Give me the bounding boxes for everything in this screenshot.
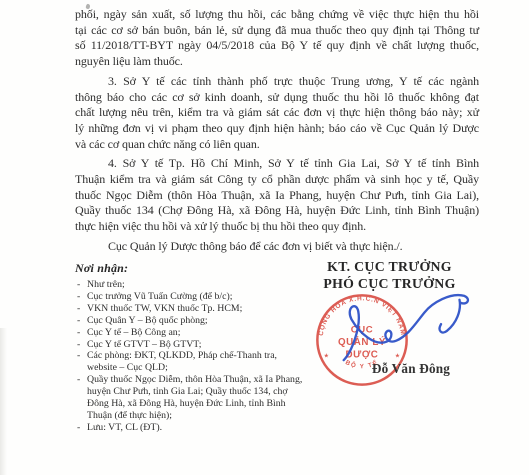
- recipient-item: -Cục Y tế – Bộ Công an;: [75, 327, 307, 339]
- bullet-dash: -: [77, 339, 80, 351]
- body-line: Thuận kiểm tra và giám sát Công ty cổ ph…: [75, 172, 479, 188]
- bullet-dash: -: [77, 315, 80, 327]
- recipient-text: Các phòng: ĐKT, QLKDD, Pháp chế-Thanh tr…: [87, 350, 277, 373]
- stamp-star-left-icon: ★: [324, 352, 330, 359]
- body-line: nguyên liệu làm thuốc.: [75, 54, 479, 70]
- body-line: lý những đơn vị vi phạm theo quy định hi…: [75, 121, 479, 137]
- recipient-item: -Quầy thuốc Ngọc Diễm, thôn Hòa Thuận, x…: [75, 374, 307, 422]
- recipient-item: -Cục trưởng Vũ Tuấn Cường (để b/c);: [75, 291, 307, 303]
- recipient-text: Cục trưởng Vũ Tuấn Cường (để b/c);: [87, 291, 232, 302]
- paragraph-item-3: 3. Sở Y tế các tỉnh thành phố trực thuộc…: [75, 74, 479, 153]
- body-line: thông báo cho các cơ sở kinh doanh, sử d…: [75, 90, 479, 106]
- body-line: 3. Sở Y tế các tỉnh thành phố trực thuộc…: [75, 74, 479, 90]
- recipient-item: -Cục Quân Y – Bộ quốc phòng;: [75, 315, 307, 327]
- closing-paragraph: Cục Quản lý Dược thông báo để các đơn vị…: [75, 239, 479, 255]
- body-line: chất lượng nêu trên, kiểm tra và giám sá…: [75, 105, 479, 121]
- recipient-item: -Cục Y tế GTVT – Bộ GTVT;: [75, 339, 307, 351]
- recipient-text: Cục Y tế – Bộ Công an;: [87, 327, 180, 338]
- recipient-item: -Lưu: VT, CL (ĐT).: [75, 422, 307, 434]
- body-line: Cục Quản lý Dược thông báo để các đơn vị…: [75, 239, 479, 255]
- recipient-text: VKN thuốc TW, VKN thuốc Tp. HCM;: [87, 303, 242, 314]
- recipients-block: Nơi nhận: -Như trên; -Cục trưởng Vũ Tuấn…: [75, 261, 307, 434]
- paragraph-item-4: 4. Sở Y tế Tp. Hồ Chí Minh, Sở Y tế tỉnh…: [75, 156, 479, 235]
- body-line: số 11/2018/TT-BYT ngày 04/5/2018 của Bộ …: [75, 38, 479, 54]
- body-line: thuốc Ngọc Diễm (thôn Hòa Thuận, xã Ia P…: [75, 188, 479, 204]
- signer-name: Đỗ Văn Đông: [347, 361, 475, 377]
- bullet-dash: -: [77, 291, 80, 303]
- recipient-item: -VKN thuốc TW, VKN thuốc Tp. HCM;: [75, 303, 307, 315]
- recipient-text: Quầy thuốc Ngọc Diễm, thôn Hòa Thuận, xã…: [87, 374, 302, 421]
- scan-edge-artifact: [0, 328, 7, 475]
- bullet-dash: -: [77, 303, 80, 315]
- recipient-text: Lưu: VT, CL (ĐT).: [87, 422, 162, 433]
- signature-stroke: [344, 295, 468, 360]
- signer-title-line1: KT. CỤC TRƯỞNG: [312, 259, 467, 276]
- document-body: phối, ngày sản xuất, số lượng thu hồi, c…: [75, 7, 479, 259]
- body-line: Quầy thuốc 134 (Chợ Đông Hà, xã Đông Hà,…: [75, 203, 479, 219]
- recipients-list: -Như trên; -Cục trưởng Vũ Tuấn Cường (để…: [75, 279, 307, 434]
- body-line: phối, ngày sản xuất, số lượng thu hồi, c…: [75, 7, 479, 23]
- paragraph-continuation: phối, ngày sản xuất, số lượng thu hồi, c…: [75, 7, 479, 70]
- body-line: thực hiện việc thu hồi và xử lý thuốc bị…: [75, 219, 479, 235]
- recipient-text: Cục Quân Y – Bộ quốc phòng;: [87, 315, 208, 326]
- recipient-text: Cục Y tế GTVT – Bộ GTVT;: [87, 339, 201, 350]
- bullet-dash: -: [77, 327, 80, 339]
- recipient-text: Như trên;: [87, 279, 125, 290]
- body-line: 4. Sở Y tế Tp. Hồ Chí Minh, Sở Y tế tỉnh…: [75, 156, 479, 172]
- body-line: và các cơ quan chức năng có liên quan.: [75, 137, 479, 153]
- bullet-dash: -: [77, 422, 80, 434]
- scanned-document-page: phối, ngày sản xuất, số lượng thu hồi, c…: [0, 0, 529, 475]
- recipient-item: -Như trên;: [75, 279, 307, 291]
- recipients-label: Nơi nhận:: [75, 261, 307, 276]
- bullet-dash: -: [77, 279, 80, 291]
- bullet-dash: -: [77, 350, 80, 362]
- recipient-item: -Các phòng: ĐKT, QLKDD, Pháp chế-Thanh t…: [75, 350, 307, 374]
- body-line: tại các cơ sở bán buôn, bán lẻ, sử dụng …: [75, 23, 479, 39]
- bullet-dash: -: [77, 374, 80, 386]
